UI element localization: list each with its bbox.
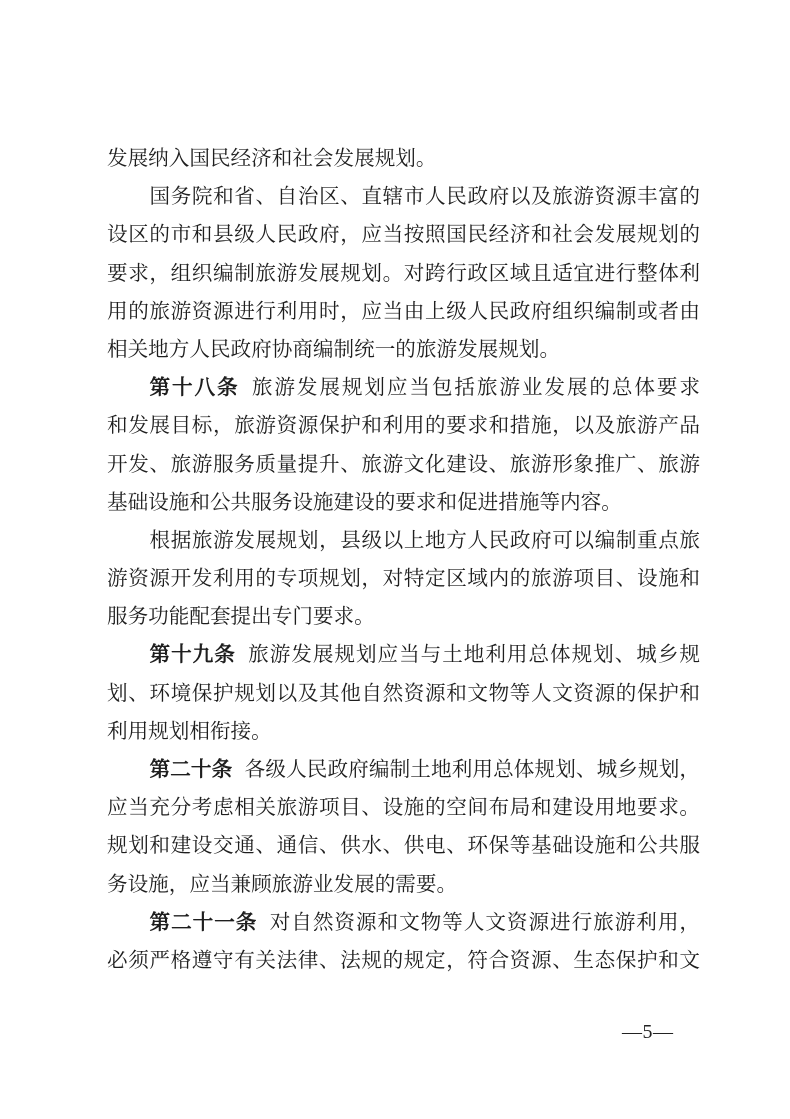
document-text-block: 发展纳入国民经济和社会发展规划。国务院和省、自治区、直辖市人民政府以及旅游资源丰… [107,140,700,980]
text-line: 国务院和省、自治区、直辖市人民政府以及旅游资源丰富的 [107,178,700,216]
text-line: 用的旅游资源进行利用时，应当由上级人民政府组织编制或者由 [107,293,700,331]
article-number-heading: 第二十一条 [150,911,258,934]
line-text: 开发、旅游服务质量提升、旅游文化建设、旅游形象推广、旅游 [107,454,700,476]
article-number-heading: 第十八条 [150,376,240,399]
line-text: 利用规划相衔接。 [107,721,272,743]
line-text: 必须严格遵守有关法律、法规的规定，符合资源、生态保护和文 [107,950,700,972]
article-number-heading: 第二十条 [150,758,233,781]
line-text: 规划和建设交通、通信、供水、供电、环保等基础设施和公共服 [107,835,700,857]
text-line: 第二十一条对自然资源和文物等人文资源进行旅游利用， [107,904,700,942]
page-number: —5— [622,1020,674,1044]
text-line: 游资源开发利用的专项规划，对特定区域内的旅游项目、设施和 [107,560,700,598]
text-line: 第二十条各级人民政府编制土地利用总体规划、城乡规划， [107,751,700,789]
text-line: 开发、旅游服务质量提升、旅游文化建设、旅游形象推广、旅游 [107,446,700,484]
text-line: 必须严格遵守有关法律、法规的规定，符合资源、生态保护和文 [107,942,700,980]
line-text: 和发展目标，旅游资源保护和利用的要求和措施，以及旅游产品 [107,415,700,437]
text-line: 相关地方人民政府协商编制统一的旅游发展规划。 [107,331,700,369]
text-line: 基础设施和公共服务设施建设的要求和促进措施等内容。 [107,484,700,522]
text-line: 要求，组织编制旅游发展规划。对跨行政区域且适宜进行整体利 [107,255,700,293]
text-line: 务设施，应当兼顾旅游业发展的需要。 [107,866,700,904]
line-text: 国务院和省、自治区、直辖市人民政府以及旅游资源丰富的 [150,186,701,208]
text-line: 设区的市和县级人民政府，应当按照国民经济和社会发展规划的 [107,216,700,254]
line-text: 务设施，应当兼顾旅游业发展的需要。 [107,874,457,896]
line-text: 设区的市和县级人民政府，应当按照国民经济和社会发展规划的 [107,224,700,246]
text-line: 利用规划相衔接。 [107,713,700,751]
line-text: 应当充分考虑相关旅游项目、设施的空间布局和建设用地要求。 [107,797,700,819]
line-text: 根据旅游发展规划，县级以上地方人民政府可以编制重点旅 [150,530,701,552]
line-text: 游资源开发利用的专项规划，对特定区域内的旅游项目、设施和 [107,568,700,590]
article-number-heading: 第十九条 [150,643,236,666]
line-text: 旅游发展规划应当包括旅游业发展的总体要求 [252,377,700,399]
line-text: 划、环境保护规划以及其他自然资源和文物等人文资源的保护和 [107,683,700,705]
line-text: 相关地方人民政府协商编制统一的旅游发展规划。 [107,339,560,361]
text-line: 和发展目标，旅游资源保护和利用的要求和措施，以及旅游产品 [107,407,700,445]
document-page: 发展纳入国民经济和社会发展规划。国务院和省、自治区、直辖市人民政府以及旅游资源丰… [0,0,790,1119]
text-line: 应当充分考虑相关旅游项目、设施的空间布局和建设用地要求。 [107,789,700,827]
text-line: 服务功能配套提出专门要求。 [107,598,700,636]
text-line: 划、环境保护规划以及其他自然资源和文物等人文资源的保护和 [107,675,700,713]
line-text: 用的旅游资源进行利用时，应当由上级人民政府组织编制或者由 [107,301,700,323]
line-text: 旅游发展规划应当与土地利用总体规划、城乡规 [248,644,700,666]
text-line: 根据旅游发展规划，县级以上地方人民政府可以编制重点旅 [107,522,700,560]
line-text: 服务功能配套提出专门要求。 [107,606,375,628]
text-line: 第十八条旅游发展规划应当包括旅游业发展的总体要求 [107,369,700,407]
line-text: 对自然资源和文物等人文资源进行旅游利用， [270,912,700,934]
text-line: 第十九条旅游发展规划应当与土地利用总体规划、城乡规 [107,636,700,674]
line-text: 发展纳入国民经济和社会发展规划。 [107,148,437,170]
line-text: 基础设施和公共服务设施建设的要求和促进措施等内容。 [107,492,622,514]
line-text: 各级人民政府编制土地利用总体规划、城乡规划， [245,759,700,781]
text-line: 发展纳入国民经济和社会发展规划。 [107,140,700,178]
line-text: 要求，组织编制旅游发展规划。对跨行政区域且适宜进行整体利 [107,263,700,285]
text-line: 规划和建设交通、通信、供水、供电、环保等基础设施和公共服 [107,827,700,865]
